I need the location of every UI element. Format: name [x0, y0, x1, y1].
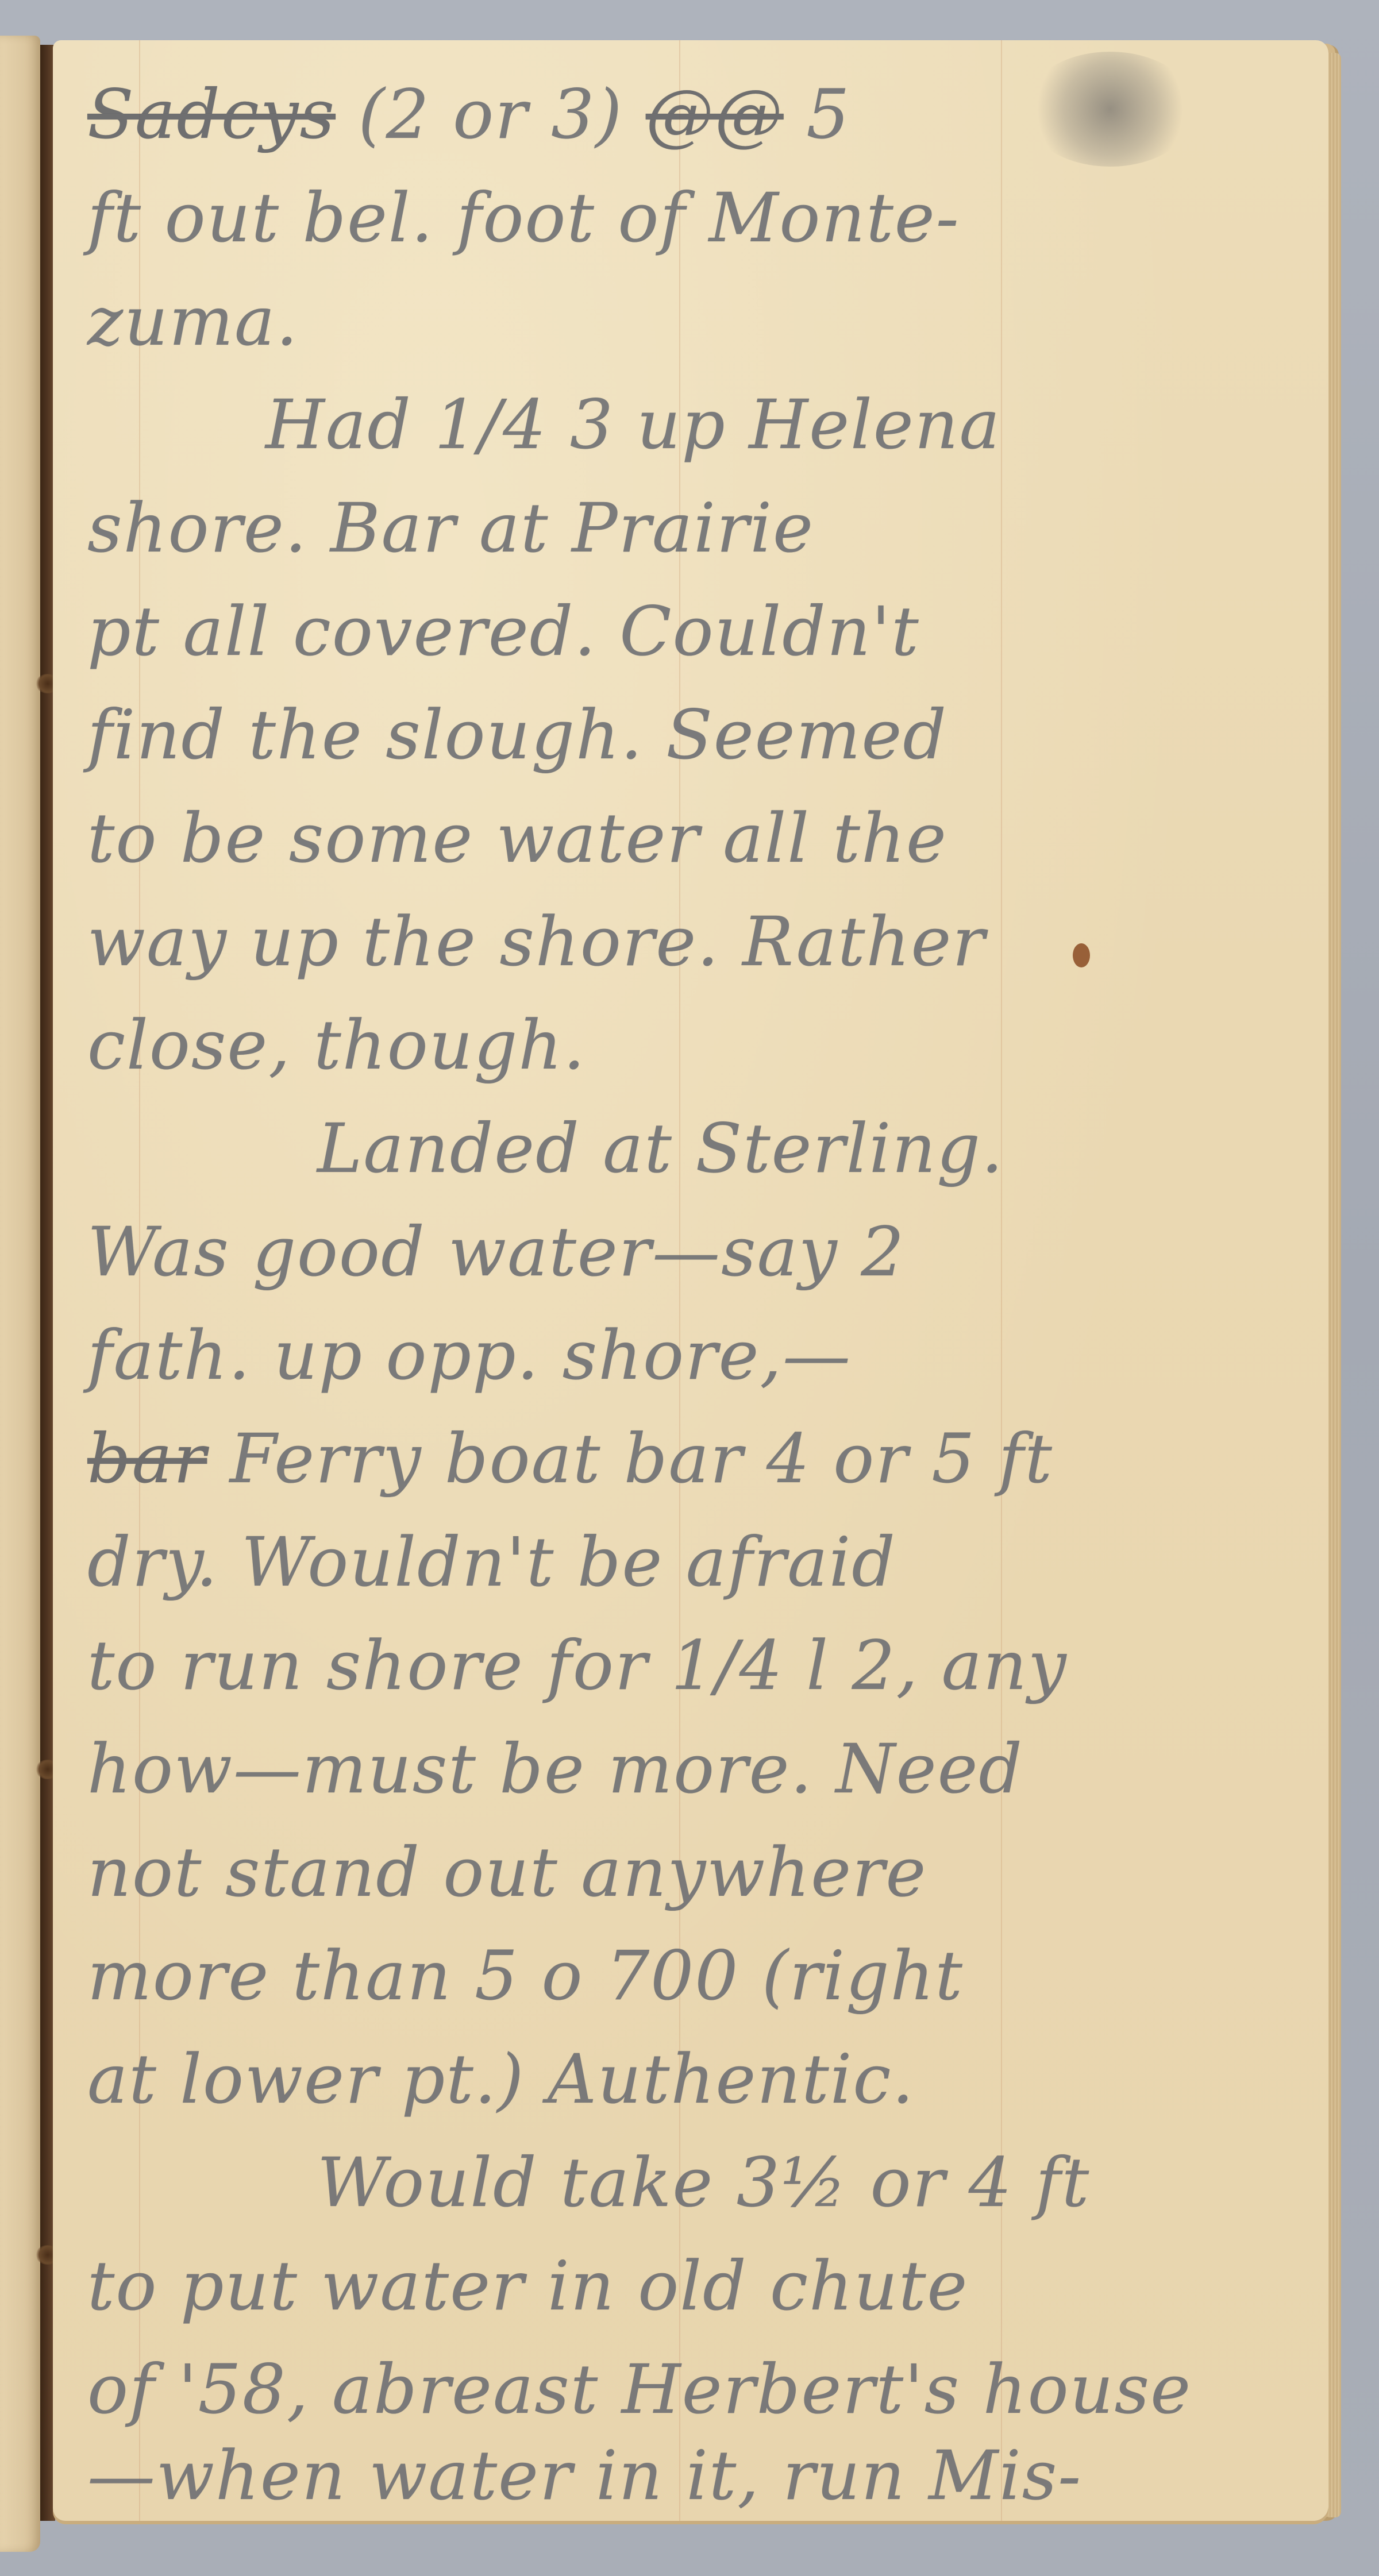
text-line-22: to put water in old chute [87, 2246, 968, 2326]
text-line-15: dry. Wouldn't be afraid [87, 1522, 896, 1602]
text-line-11: Landed at Sterling. [317, 1109, 1004, 1188]
text-line-3: zuma. [87, 281, 299, 361]
text-line-5: shore. Bar at Prairie [87, 488, 814, 568]
scribbled-out-word: @@ [646, 75, 784, 154]
text-line-17: how—must be more. Need [87, 1729, 1023, 1808]
text-line-19: more than 5 o 700 (right [87, 1936, 964, 2015]
text-line-7: find the slough. Seemed [87, 695, 947, 774]
page-stack-edge [1328, 53, 1341, 2517]
text-line-20: at lower pt.) Authentic. [87, 2039, 915, 2119]
text-line-2: ft out bel. foot of Monte- [87, 178, 960, 257]
text-line-4: Had 1/4 3 up Helena [265, 385, 1001, 464]
struck-word: bar [87, 1419, 207, 1498]
text-line-21: Would take 3½ or 4 ft [317, 2143, 1090, 2222]
text-line-6: pt all covered. Couldn't [87, 592, 920, 671]
text-line-10: close, though. [87, 1005, 586, 1085]
struck-word: Sadcys [87, 75, 336, 154]
facing-page-edge [0, 36, 40, 2552]
text-line-16: to run shore for 1/4 l 2, any [87, 1626, 1068, 1705]
text-line-12: Was good water—say 2 [87, 1212, 905, 1291]
text-line-18: not stand out anywhere [87, 1833, 927, 1912]
text-line-14: bar Ferry boat bar 4 or 5 ft [87, 1419, 1053, 1498]
text-line-24: —when water in it, run Mis- [87, 2436, 1082, 2515]
text-line-8: to be some water all the [87, 799, 947, 878]
text-line-9: way up the shore. Rather [87, 902, 986, 981]
handwritten-text: Sadcys (2 or 3) @@ 5 ft out bel. foot of… [53, 40, 1328, 2521]
notebook-page: Sadcys (2 or 3) @@ 5 ft out bel. foot of… [53, 40, 1328, 2521]
text-line-23: of '58, abreast Herbert's house [87, 2350, 1192, 2429]
text-line-13: fath. up opp. shore,— [87, 1316, 852, 1395]
text-line-1: Sadcys (2 or 3) @@ 5 [87, 75, 850, 154]
